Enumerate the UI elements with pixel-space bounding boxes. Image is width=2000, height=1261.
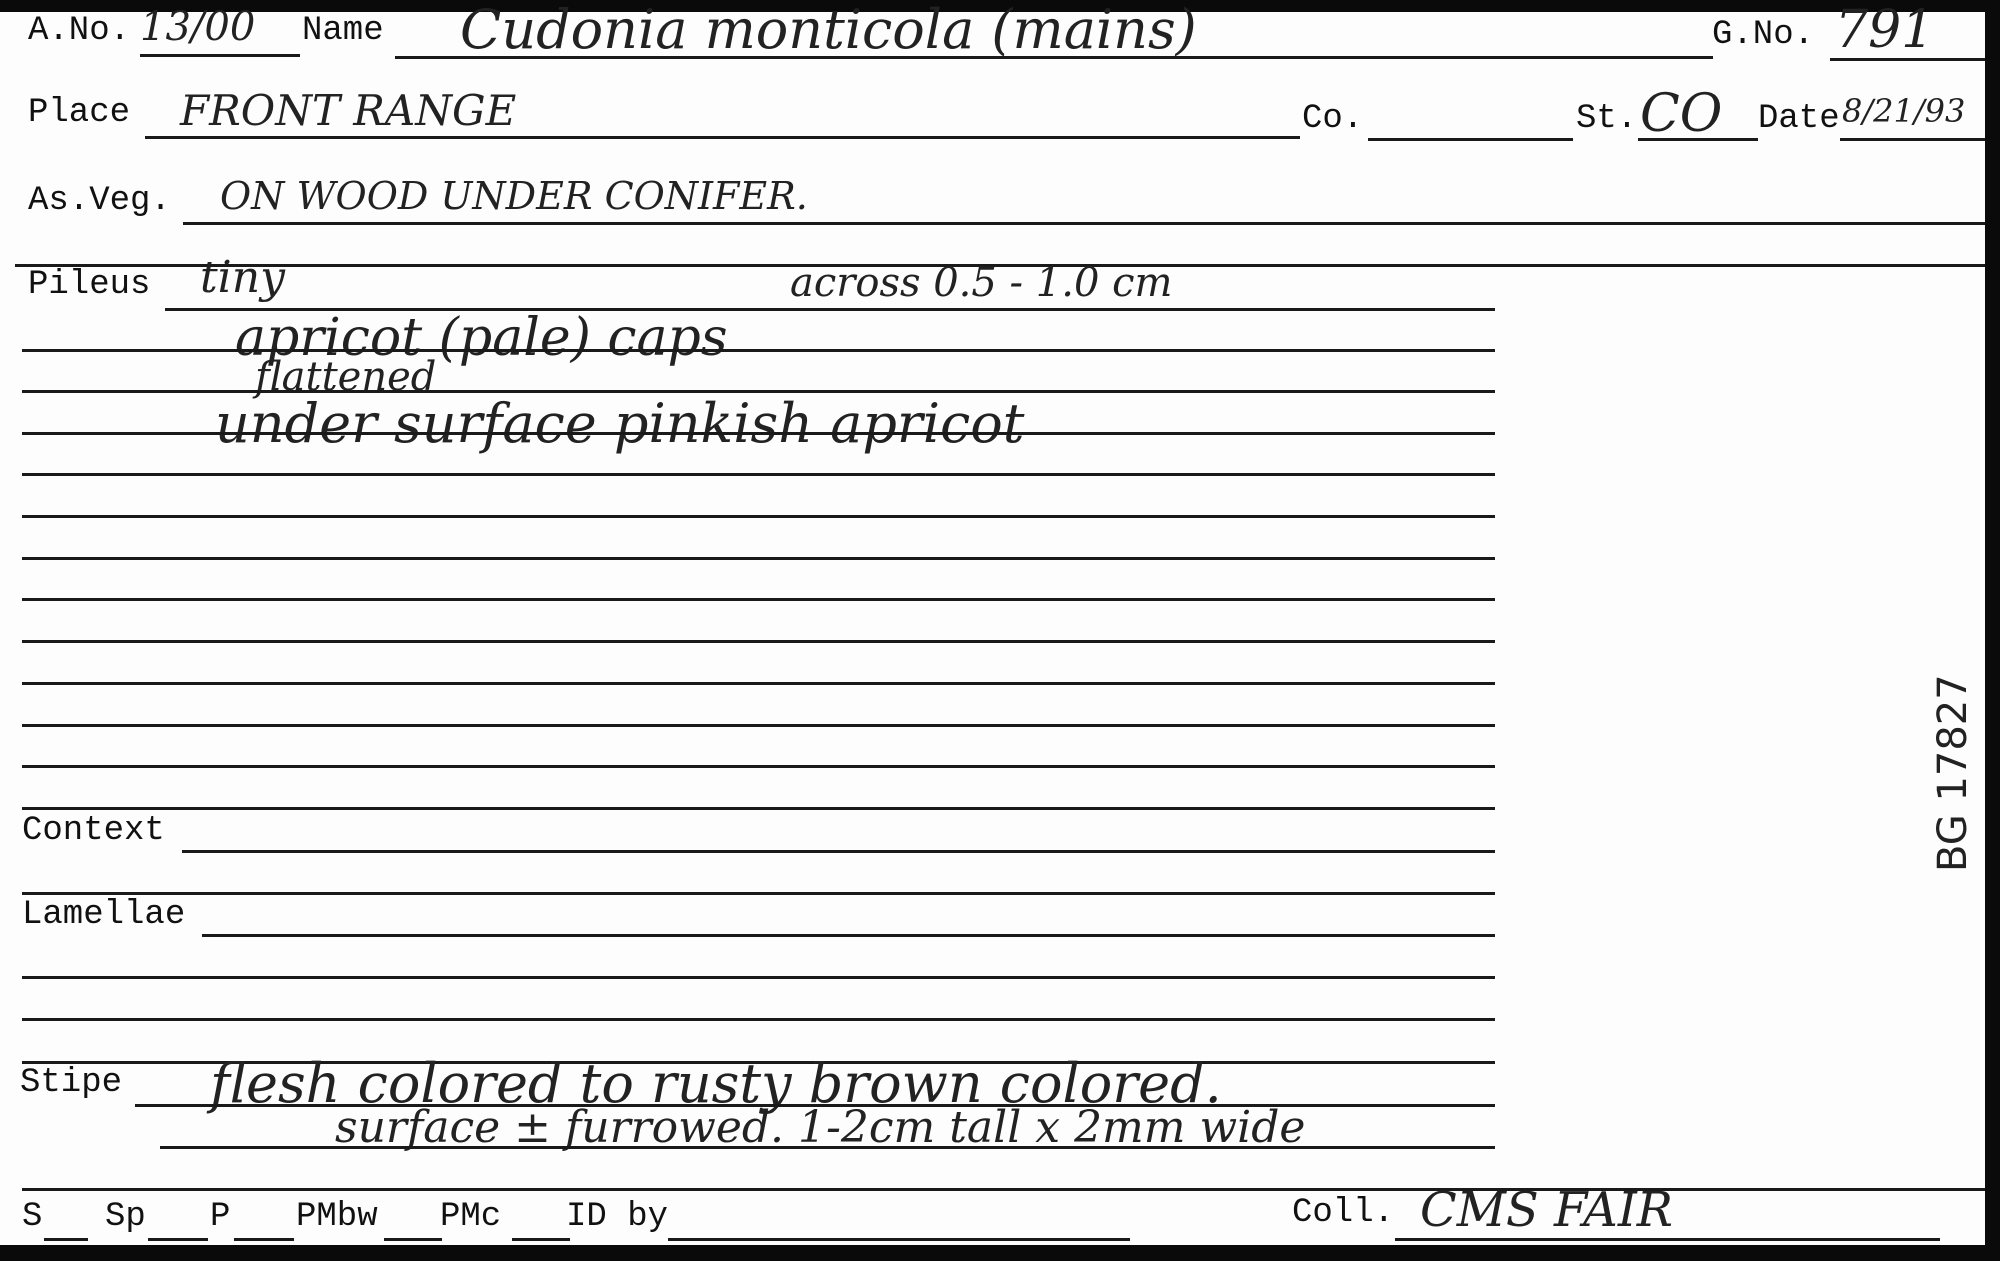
coll-line (1395, 1238, 1940, 1241)
place-value: FRONT RANGE (180, 86, 516, 135)
as-veg-line (183, 222, 1985, 225)
place-line (145, 136, 1300, 139)
s-line (44, 1238, 88, 1241)
date-value: 8/21/93 (1842, 92, 1965, 130)
ruled-line (22, 557, 1495, 560)
pileus-label: Pileus (28, 266, 150, 304)
id-by-label: ID by (566, 1198, 668, 1236)
a-no-line (140, 54, 300, 57)
context-line (182, 850, 1495, 853)
coll-value: CMS FAIR (1420, 1182, 1673, 1238)
ruled-line (22, 390, 1495, 393)
ruled-line (22, 1018, 1495, 1021)
state-value: CO (1640, 84, 1722, 144)
pmbw-label: PMbw (296, 1198, 378, 1236)
as-veg-label: As.Veg. (28, 182, 171, 220)
name-line (395, 56, 1713, 59)
coll-label: Coll. (1292, 1194, 1394, 1232)
sp-label: Sp (105, 1198, 146, 1236)
county-label: Co. (1302, 100, 1363, 138)
context-label: Context (22, 812, 165, 850)
ruled-line (22, 724, 1495, 727)
ruled-line (22, 1188, 1985, 1191)
pmbw-line (384, 1238, 442, 1241)
pileus-line-5: under surface pinkish apricot (215, 392, 1024, 455)
pmc-label: PMc (440, 1198, 501, 1236)
pileus-line-2: across 0.5 - 1.0 cm (790, 260, 1172, 306)
date-label: Date (1758, 100, 1840, 138)
a-no-value: 13/00 (140, 4, 255, 50)
ruled-line (160, 1146, 1495, 1149)
name-value: Cudonia monticola (mains) (460, 0, 1197, 61)
ruled-line (22, 432, 1495, 435)
a-no-label: A.No. (28, 12, 130, 50)
sp-line (148, 1238, 208, 1241)
place-label: Place (28, 94, 130, 132)
pmc-line (512, 1238, 570, 1241)
ruled-line (22, 515, 1495, 518)
p-line (234, 1238, 294, 1241)
ruled-line (22, 640, 1495, 643)
county-line (1368, 138, 1573, 141)
pileus-line-1: tiny (200, 252, 285, 303)
g-no-line (1830, 58, 1985, 61)
s-label: S (22, 1198, 42, 1236)
scan-border-right (1985, 0, 2000, 1261)
ruled-line (22, 807, 1495, 810)
ruled-line (22, 349, 1495, 352)
ruled-line (22, 976, 1495, 979)
ruled-line (22, 682, 1495, 685)
g-no-value: 791 (1835, 0, 1934, 60)
accession-stamp: BG 17827 (1930, 674, 1976, 872)
lamellae-line (202, 934, 1495, 937)
state-line (1638, 138, 1758, 141)
ruled-line (22, 473, 1495, 476)
ruled-line (22, 892, 1495, 895)
date-line (1840, 138, 1985, 141)
ruled-line (165, 308, 1495, 311)
herbarium-record-card: A.No. 13/00 Name Cudonia monticola (main… (0, 12, 1985, 1252)
scan-border-bottom (0, 1245, 2000, 1261)
name-label: Name (302, 12, 384, 50)
stipe-label: Stipe (20, 1064, 122, 1102)
ruled-line (22, 765, 1495, 768)
id-by-line (668, 1238, 1130, 1241)
lamellae-label: Lamellae (22, 896, 185, 934)
ruled-line (22, 598, 1495, 601)
p-label: P (210, 1198, 230, 1236)
as-veg-value: ON WOOD UNDER CONIFER. (220, 174, 808, 218)
g-no-label: G.No. (1712, 16, 1814, 54)
state-label: St. (1576, 100, 1637, 138)
